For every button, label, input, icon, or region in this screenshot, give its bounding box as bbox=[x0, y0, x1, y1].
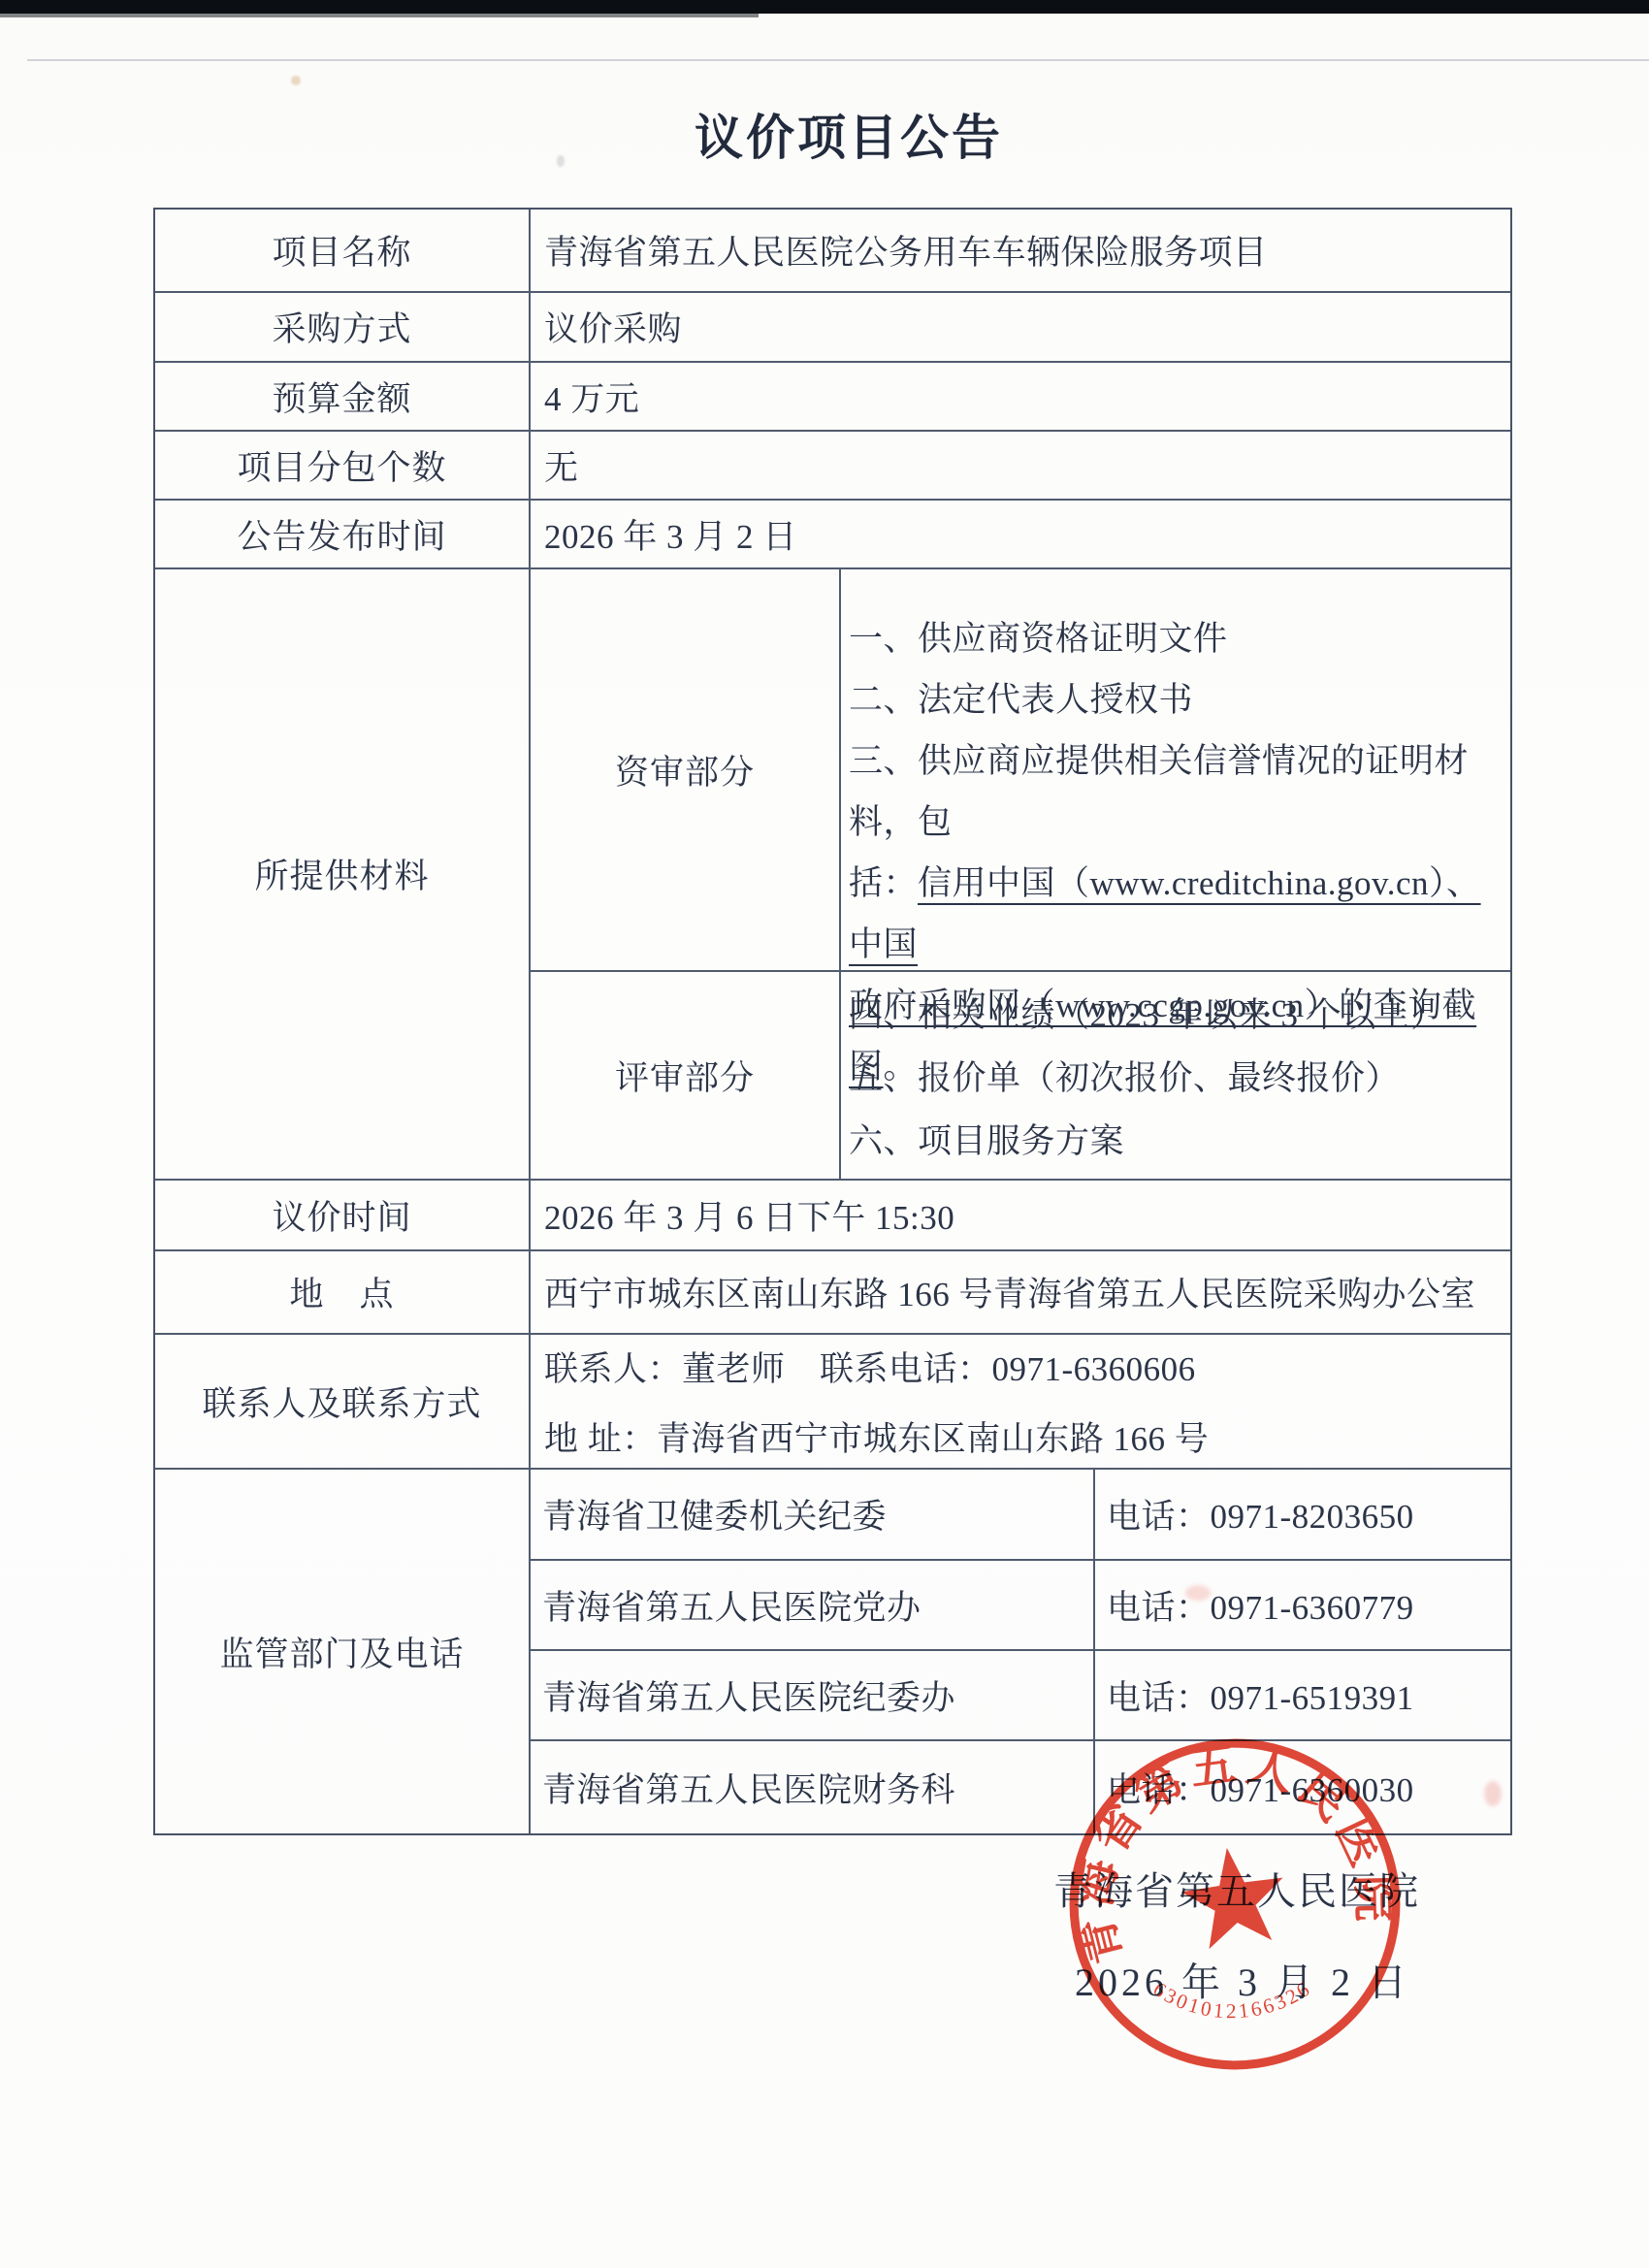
scan-top-edge-shadow bbox=[0, 14, 759, 17]
table-row: 公告发布时间 2026 年 3 月 2 日 bbox=[155, 501, 1510, 569]
contact-address-line: 地 址：青海省西宁市城东区南山东路 166 号 bbox=[544, 1412, 1510, 1461]
row-value-project-name: 青海省第五人民医院公务用车车辆保险服务项目 bbox=[531, 210, 1510, 291]
table-row: 采购方式 议价采购 bbox=[155, 293, 1510, 363]
contact-person-line: 联系人：董老师 联系电话：0971-6360606 bbox=[544, 1343, 1510, 1391]
row-label-budget: 预算金额 bbox=[155, 363, 531, 430]
supervision-phone: 电话：0971-8203650 bbox=[1095, 1470, 1510, 1559]
list-item: 四、相关业绩（2023 年以来 3 个以上） bbox=[849, 984, 1504, 1047]
seal-code-text: 6301012166326 bbox=[1147, 1957, 1318, 2035]
row-label-publish-time: 公告发布时间 bbox=[155, 501, 531, 567]
row-value-procurement-method: 议价采购 bbox=[531, 293, 1510, 361]
scan-speck bbox=[291, 76, 301, 85]
evaluation-list: 四、相关业绩（2023 年以来 3 个以上） 五、报价单（初次报价、最终报价） … bbox=[841, 972, 1510, 1179]
seal-ring-text-path-holder: 青海省第五人民医院 bbox=[1048, 1719, 1406, 1972]
materials-block: 所提供材料 资审部分 一、供应商资格证明文件 二、法定代表人授权书 三、供应商应… bbox=[155, 569, 1510, 1181]
row-value-negotiation-time: 2026 年 3 月 6 日下午 15:30 bbox=[531, 1181, 1510, 1249]
contact-row: 联系人及联系方式 联系人：董老师 联系电话：0971-6360606 地 址：青… bbox=[155, 1335, 1510, 1470]
supervision-dept: 青海省卫健委机关纪委 bbox=[531, 1470, 1095, 1559]
row-label-supervision: 监管部门及电话 bbox=[155, 1470, 531, 1833]
scan-artifact-line bbox=[27, 59, 1649, 61]
row-value-location: 西宁市城东区南山东路 166 号青海省第五人民医院采购办公室 bbox=[531, 1251, 1510, 1333]
row-label-location: 地 点 bbox=[155, 1251, 531, 1333]
table-row: 项目分包个数 无 bbox=[155, 432, 1510, 501]
seal-code-text-path-holder: 6301012166326 bbox=[1147, 1957, 1318, 2035]
scanned-announcement-page: 议价项目公告 项目名称 青海省第五人民医院公务用车车辆保险服务项目 采购方式 议… bbox=[0, 0, 1649, 2268]
supervision-dept: 青海省第五人民医院党办 bbox=[531, 1561, 1095, 1649]
list-item: 一、供应商资格证明文件 bbox=[849, 608, 1504, 669]
page-title: 议价项目公告 bbox=[24, 99, 1649, 169]
qualification-section: 资审部分 一、供应商资格证明文件 二、法定代表人授权书 三、供应商应提供相关信誉… bbox=[531, 569, 1510, 972]
list-item: 五、报价单（初次报价、最终报价） bbox=[849, 1047, 1504, 1110]
supervision-phone: 电话：0971-6360779 bbox=[1095, 1561, 1510, 1649]
star-icon bbox=[1176, 1841, 1291, 1952]
supervision-row: 青海省卫健委机关纪委 电话：0971-8203650 bbox=[531, 1470, 1510, 1561]
list-item: 三、供应商应提供相关信誉情况的证明材料，包 bbox=[849, 730, 1504, 853]
row-label-procurement-method: 采购方式 bbox=[155, 293, 531, 361]
materials-right: 资审部分 一、供应商资格证明文件 二、法定代表人授权书 三、供应商应提供相关信誉… bbox=[531, 569, 1510, 1179]
seal-ring-text: 青海省第五人民医院 bbox=[1048, 1719, 1406, 1972]
list-item: 二、法定代表人授权书 bbox=[849, 669, 1504, 730]
list-item: 六、项目服务方案 bbox=[849, 1110, 1504, 1173]
table-row: 预算金额 4 万元 bbox=[155, 363, 1510, 432]
supervision-row: 青海省第五人民医院党办 电话：0971-6360779 bbox=[531, 1561, 1510, 1651]
row-label-lot-count: 项目分包个数 bbox=[155, 432, 531, 499]
announcement-table: 项目名称 青海省第五人民医院公务用车车辆保险服务项目 采购方式 议价采购 预算金… bbox=[153, 208, 1512, 1835]
row-label-contact: 联系人及联系方式 bbox=[155, 1335, 531, 1468]
qualification-label: 资审部分 bbox=[531, 569, 841, 970]
supervision-dept: 青海省第五人民医院财务科 bbox=[531, 1741, 1095, 1833]
list-item: 括：信用中国（www.creditchina.gov.cn）、中国 bbox=[849, 853, 1504, 975]
row-value-budget: 4 万元 bbox=[531, 363, 1510, 430]
table-row: 议价时间 2026 年 3 月 6 日下午 15:30 bbox=[155, 1181, 1510, 1251]
supervision-dept: 青海省第五人民医院纪委办 bbox=[531, 1651, 1095, 1739]
row-value-lot-count: 无 bbox=[531, 432, 1510, 499]
row-value-publish-time: 2026 年 3 月 2 日 bbox=[531, 501, 1510, 567]
scan-top-edge-band bbox=[0, 0, 1649, 14]
official-seal: 青海省第五人民医院 6301012166326 bbox=[1041, 1710, 1429, 2098]
qualification-list: 一、供应商资格证明文件 二、法定代表人授权书 三、供应商应提供相关信誉情况的证明… bbox=[841, 569, 1510, 970]
table-row: 项目名称 青海省第五人民医院公务用车车辆保险服务项目 bbox=[155, 210, 1510, 293]
table-row: 地 点 西宁市城东区南山东路 166 号青海省第五人民医院采购办公室 bbox=[155, 1251, 1510, 1335]
evaluation-label: 评审部分 bbox=[531, 972, 841, 1179]
row-label-project-name: 项目名称 bbox=[155, 210, 531, 291]
row-label-materials: 所提供材料 bbox=[155, 569, 531, 1179]
contact-info: 联系人：董老师 联系电话：0971-6360606 地 址：青海省西宁市城东区南… bbox=[531, 1335, 1510, 1468]
row-label-negotiation-time: 议价时间 bbox=[155, 1181, 531, 1249]
evaluation-section: 评审部分 四、相关业绩（2023 年以来 3 个以上） 五、报价单（初次报价、最… bbox=[531, 972, 1510, 1179]
